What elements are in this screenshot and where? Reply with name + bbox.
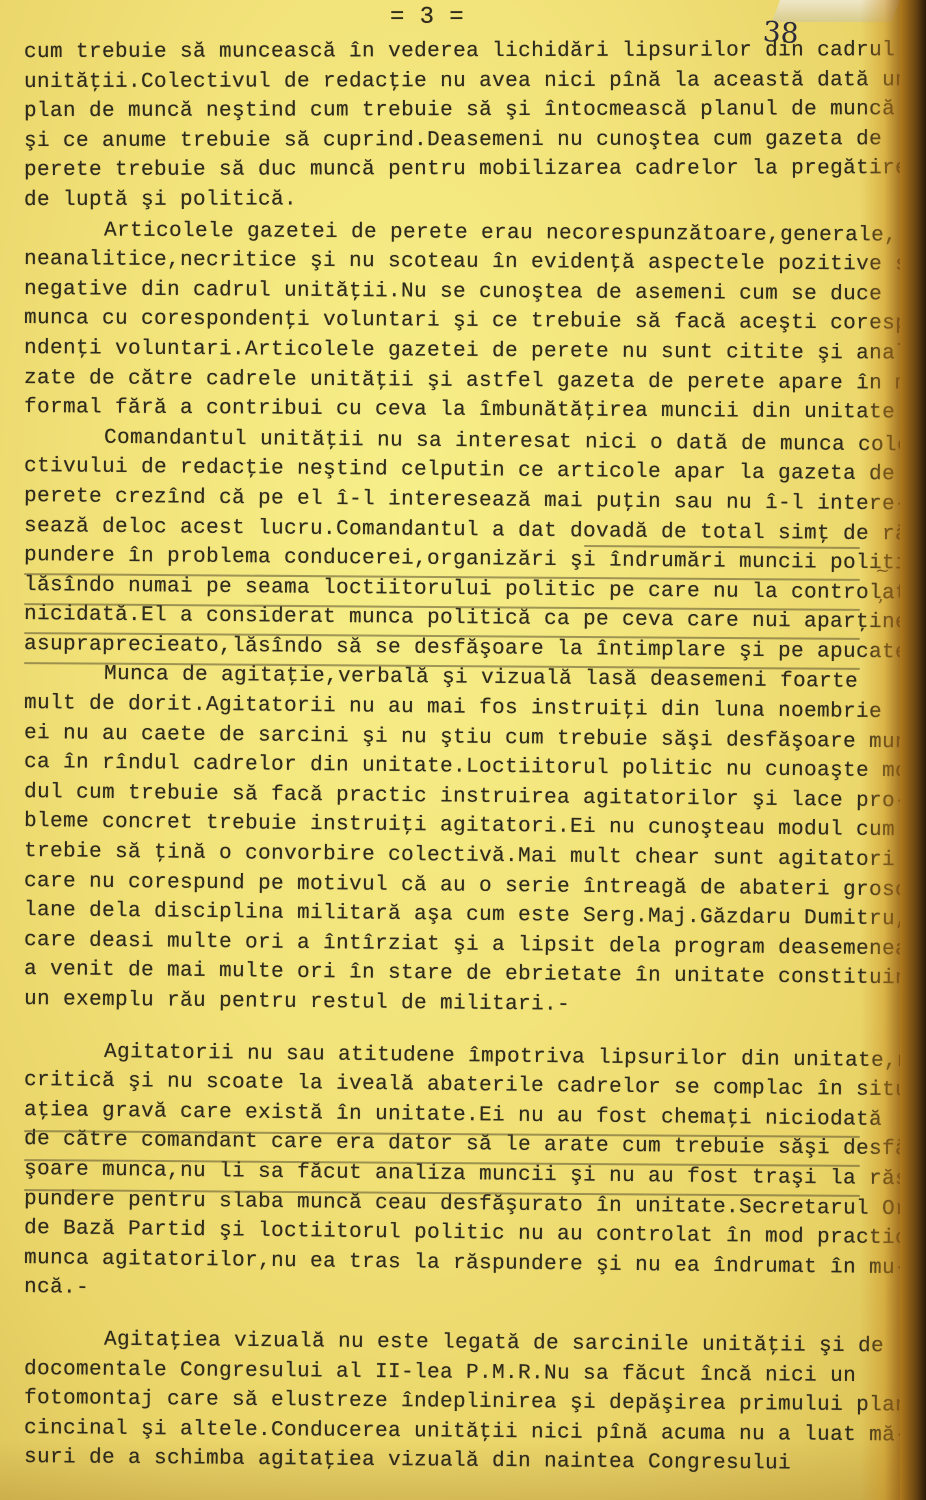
typed-line: plan de muncă neştind cum trebuie să şi … xyxy=(24,95,900,126)
page-edge-shadow xyxy=(900,0,926,1500)
typed-line: perete trebuie să duc muncă pentru mobil… xyxy=(24,155,900,186)
typed-line: formal fără a contribui cu ceva la îmbun… xyxy=(24,393,900,428)
page-marker: = 3 = xyxy=(390,4,464,31)
typed-body: cum trebuie să muncească în vederea lich… xyxy=(24,38,900,1473)
typed-line: suri de a schimba agitaţiea vizuală din … xyxy=(24,1443,900,1480)
typed-line: de luptă şi politică. xyxy=(24,184,900,215)
margin-pencil-mark: , xyxy=(878,585,884,606)
typed-line: ndenţi voluntari.Articolele gazetei de p… xyxy=(24,334,900,369)
typed-line: şi ce anume trebuie să cuprind.Deasemeni… xyxy=(24,125,900,156)
document-page: = 3 = 38 cum trebuie să muncească în ved… xyxy=(0,0,900,1500)
typed-line: cum trebuie să muncească în vederea lich… xyxy=(24,36,900,67)
typed-line: unităţii.Colectivul de redacţie nu avea … xyxy=(24,66,900,97)
margin-pencil-mark: ~ xyxy=(875,560,890,581)
